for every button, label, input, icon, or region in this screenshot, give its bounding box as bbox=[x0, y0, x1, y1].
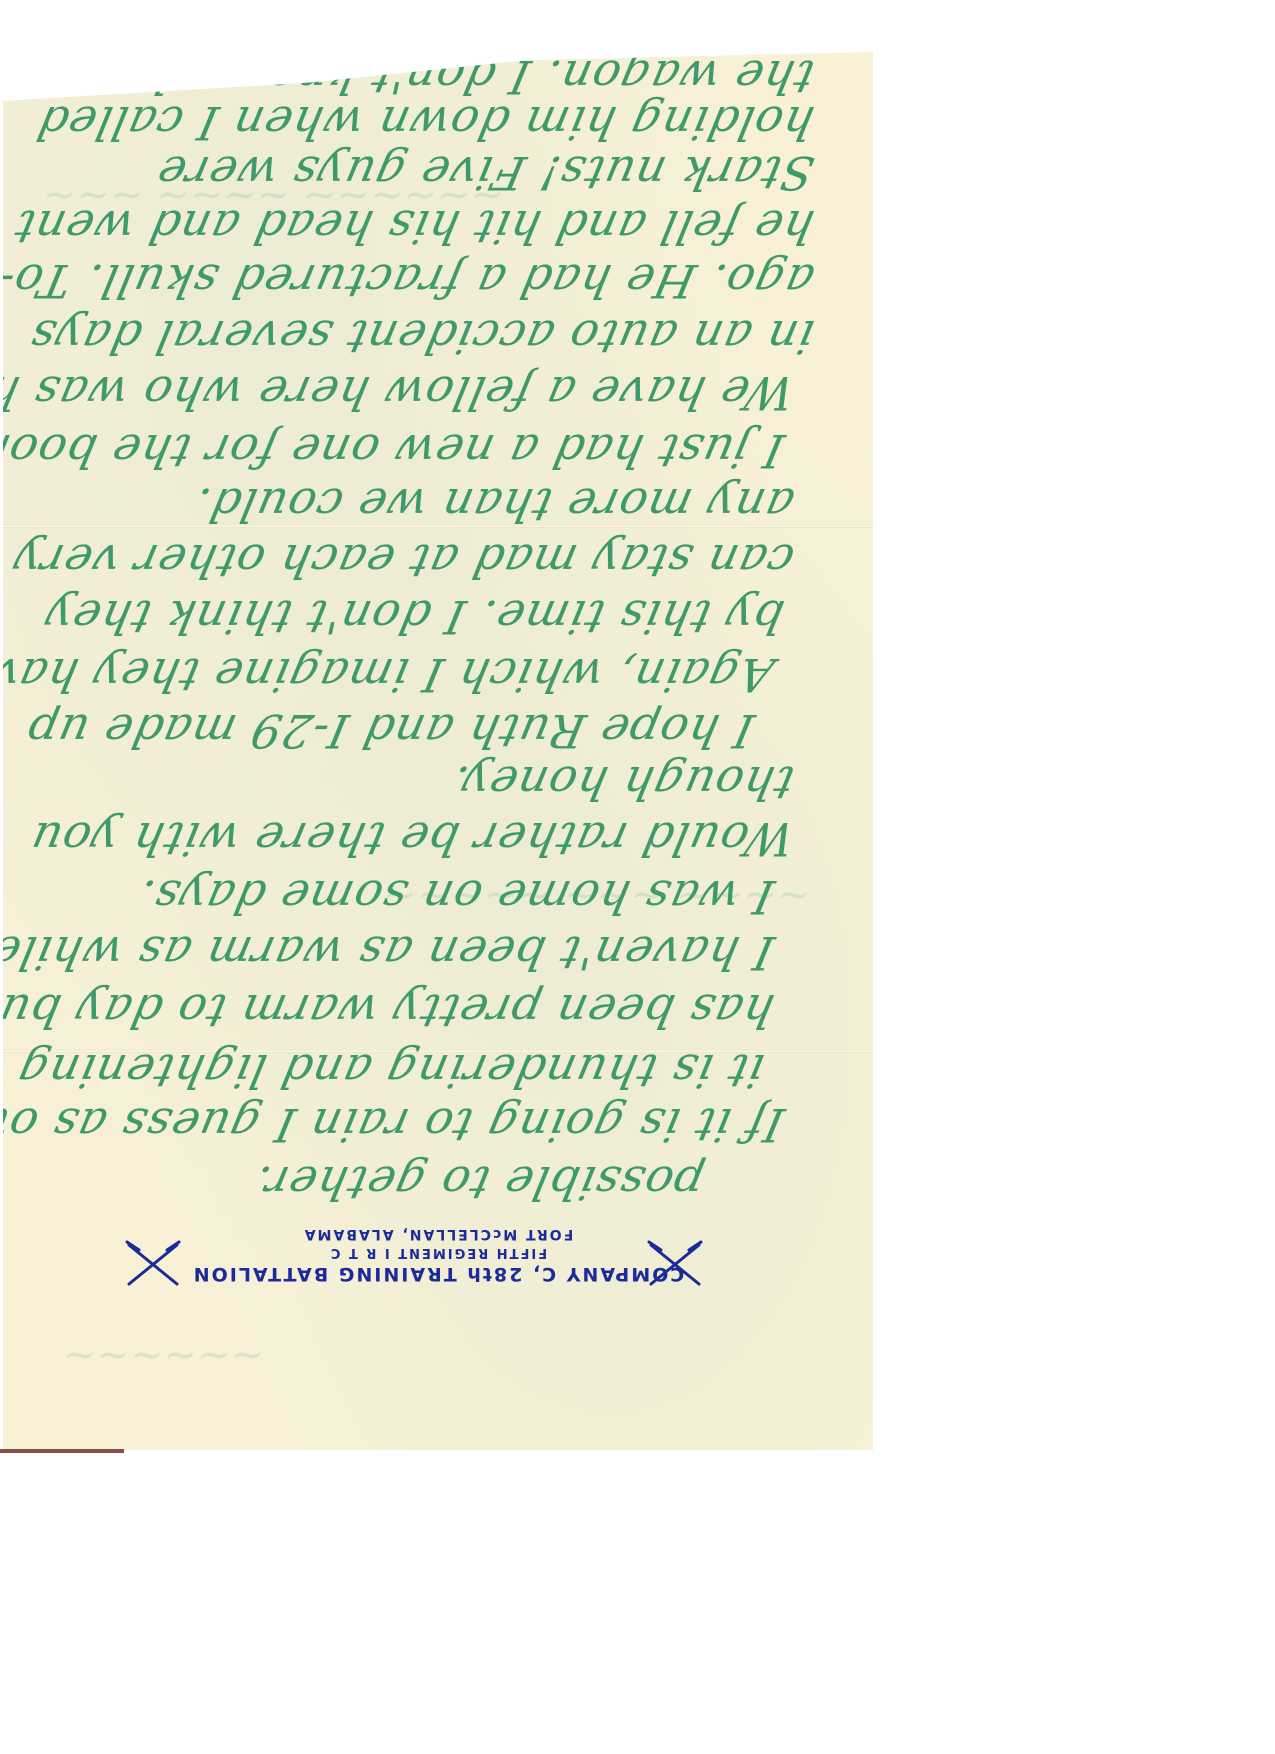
letter-line: any more than we could. bbox=[189, 478, 799, 532]
letter-line: his big trouble is but he sure was bbox=[0, 0, 819, 54]
letter-line: by this time. I don't think they bbox=[39, 590, 788, 644]
letter-line: I just had a new one for the books. bbox=[0, 424, 789, 478]
letter-line: has been pretty warm to day but bbox=[0, 984, 779, 1038]
letter-line: the wagon. I don't know what bbox=[87, 50, 819, 104]
letter-line: possible to gether. bbox=[249, 1156, 709, 1210]
letter-line: Would rather be there with you bbox=[25, 812, 799, 866]
letter-line: in an auto accident several days bbox=[24, 310, 818, 364]
letter-body: COMPANY C, 28th TRAINING BATTALION FIFTH… bbox=[3, 52, 873, 1450]
letter-line: I hope Ruth and I-29 made up bbox=[21, 704, 758, 758]
paper-edge-shadow bbox=[0, 1449, 124, 1453]
letterhead-company: COMPANY C, 28th TRAINING BATTALION bbox=[3, 1263, 873, 1285]
letter-line: I haven't been as warm as while bbox=[0, 926, 779, 980]
letter-line: ago. He had a fractured skull. To-nite bbox=[0, 254, 819, 308]
letter-line: he fell and hit his head and went bbox=[9, 200, 819, 254]
letter-line: though honey. bbox=[446, 756, 798, 810]
letter-line: We have a fellow here who was hurt bbox=[0, 366, 799, 420]
letter-paper: ~~~ ~~~~ ~~~~~~ ~~~~~ ~~~ ~~~~ ~~~~~~ CO… bbox=[3, 52, 873, 1450]
letter-line: holding him down when I called bbox=[31, 96, 818, 150]
letter-line: can stay mad at each other very long bbox=[0, 534, 799, 588]
letter-line: If it is going to rain I guess as out. bbox=[0, 1098, 789, 1152]
letterhead-location: FORT McCLELLAN, ALABAMA bbox=[3, 1226, 873, 1242]
letterhead-regiment: FIFTH REGIMENT I R T C bbox=[3, 1245, 873, 1260]
letter-line: it is thundering and lightening bbox=[12, 1044, 768, 1098]
letter-line: Stark nuts! Five guys were bbox=[151, 146, 818, 200]
letter-line: I was home on some days. bbox=[133, 870, 779, 924]
letter-line: Again, which I imagine they have bbox=[0, 648, 779, 702]
